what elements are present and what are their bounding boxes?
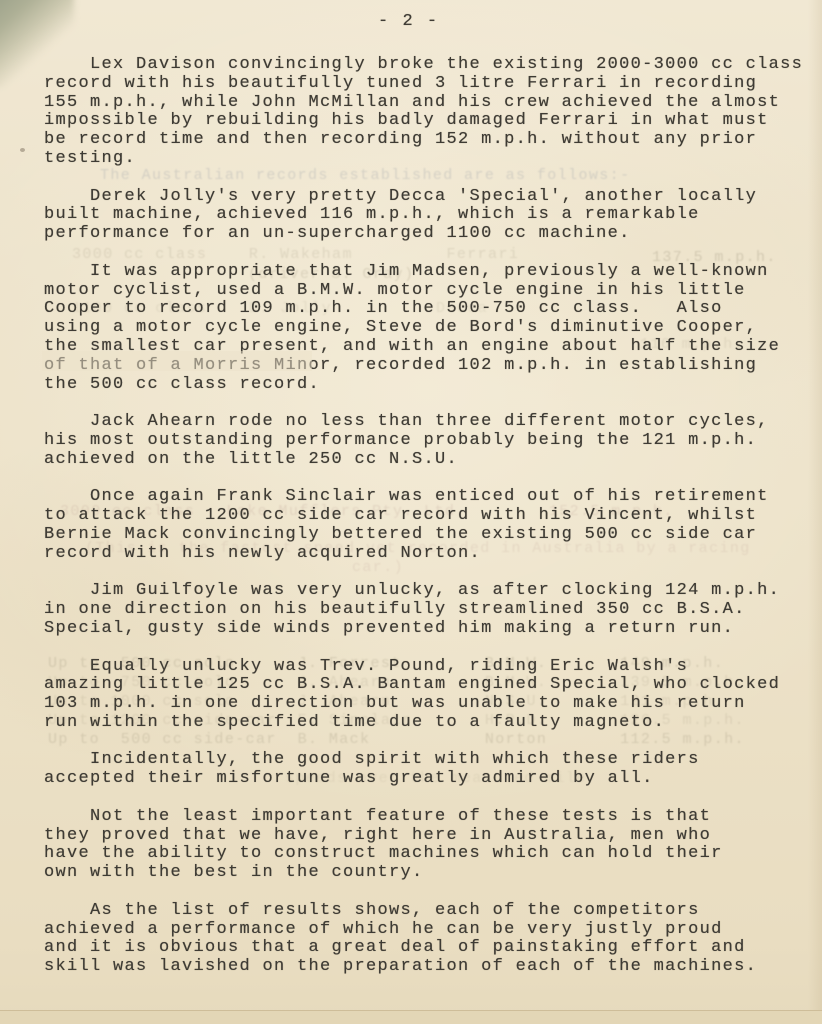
- paragraph-australia-ability: Not the least important feature of these…: [44, 808, 820, 883]
- paragraph-derek-jolly: Derek Jolly's very pretty Decca 'Special…: [44, 188, 820, 244]
- paragraph-jack-ahearn: Jack Ahearn rode no less than three diff…: [44, 413, 820, 469]
- paragraph-jim-madsen: It was appropriate that Jim Madsen, prev…: [44, 263, 820, 395]
- document-body: Lex Davison convincingly broke the exist…: [44, 56, 820, 996]
- paragraph-frank-sinclair: Once again Frank Sinclair was enticed ou…: [44, 488, 820, 563]
- paragraph-lex-davison: Lex Davison convincingly broke the exist…: [44, 56, 820, 169]
- paragraph-list-of-results: As the list of results shows, each of th…: [44, 902, 820, 977]
- bottom-crease-band: [0, 1010, 822, 1024]
- paragraph-good-spirit: Incidentally, the good spirit with which…: [44, 751, 820, 789]
- paper-speck: [20, 148, 25, 152]
- paragraph-trev-pound: Equally unlucky was Trev. Pound, riding …: [44, 658, 820, 733]
- faded-ink-patch: [42, 351, 312, 371]
- page-number: - 2 -: [378, 12, 439, 31]
- paragraph-jim-guilfoyle: Jim Guilfoyle was very unlucky, as after…: [44, 582, 820, 638]
